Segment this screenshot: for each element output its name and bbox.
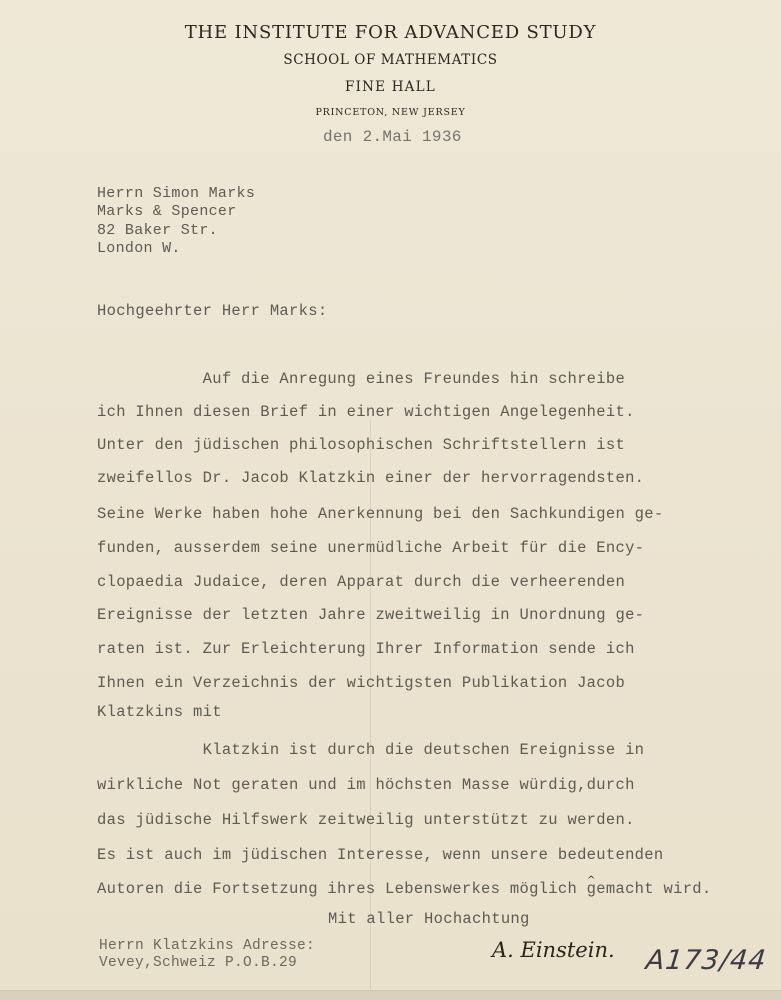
recipient-line: Marks & Spencer <box>97 203 237 222</box>
paper-edge <box>0 990 781 1000</box>
signature: A. Einstein. <box>492 938 615 962</box>
footer-address-label: Herrn Klatzkins Adresse: <box>99 938 315 954</box>
body-line: Seine Werke haben hohe Anerkennung bei d… <box>97 505 664 523</box>
body-line: Autoren die Fortsetzung ihres Lebenswerk… <box>97 880 712 898</box>
insertion-mark: ^ <box>587 875 595 886</box>
body-line: Klatzkins mit <box>97 703 222 721</box>
body-line: ich Ihnen diesen Brief in einer wichtige… <box>97 403 635 421</box>
body-line: wirkliche Not geraten und im höchsten Ma… <box>97 776 635 794</box>
body-line: Ihnen ein Verzeichnis der wichtigsten Pu… <box>97 674 625 692</box>
body-line: Es ist auch im jüdischen Interesse, wenn… <box>97 846 664 864</box>
salutation: Hochgeehrter Herr Marks: <box>97 302 327 320</box>
letterhead-location: PRINCETON, NEW JERSEY <box>0 107 781 118</box>
body-line: Unter den jüdischen philosophischen Schr… <box>97 436 625 454</box>
body-line: das jüdische Hilfswerk zeitweilig unters… <box>97 811 635 829</box>
body-line: funden, ausserdem seine unermüdliche Arb… <box>97 539 644 557</box>
body-line: Klatzkin ist durch die deutschen Ereigni… <box>97 741 644 759</box>
closing: Mit aller Hochachtung <box>328 910 530 928</box>
body-line: Ereignisse der letzten Jahre zweitweilig… <box>97 606 644 624</box>
body-line: clopaedia Judaice, deren Apparat durch d… <box>97 573 625 591</box>
letter-paper <box>0 0 781 990</box>
recipient-line: Herrn Simon Marks <box>97 185 255 204</box>
letterhead-institution: THE INSTITUTE FOR ADVANCED STUDY <box>0 22 781 43</box>
recipient-line: London W. <box>97 240 181 259</box>
archive-number: A173/44 <box>644 945 768 976</box>
footer-address-value: Vevey,Schweiz P.O.B.29 <box>99 955 297 971</box>
letterhead-building: FINE HALL <box>0 79 781 95</box>
letter-date: den 2.Mai 1936 <box>323 128 462 146</box>
body-line: zweifellos Dr. Jacob Klatzkin einer der … <box>97 469 644 487</box>
body-line: Auf die Anregung eines Freundes hin schr… <box>97 370 625 388</box>
body-line: raten ist. Zur Erleichterung Ihrer Infor… <box>97 640 635 658</box>
recipient-line: 82 Baker Str. <box>97 222 218 241</box>
letterhead-school: SCHOOL OF MATHEMATICS <box>0 52 781 68</box>
